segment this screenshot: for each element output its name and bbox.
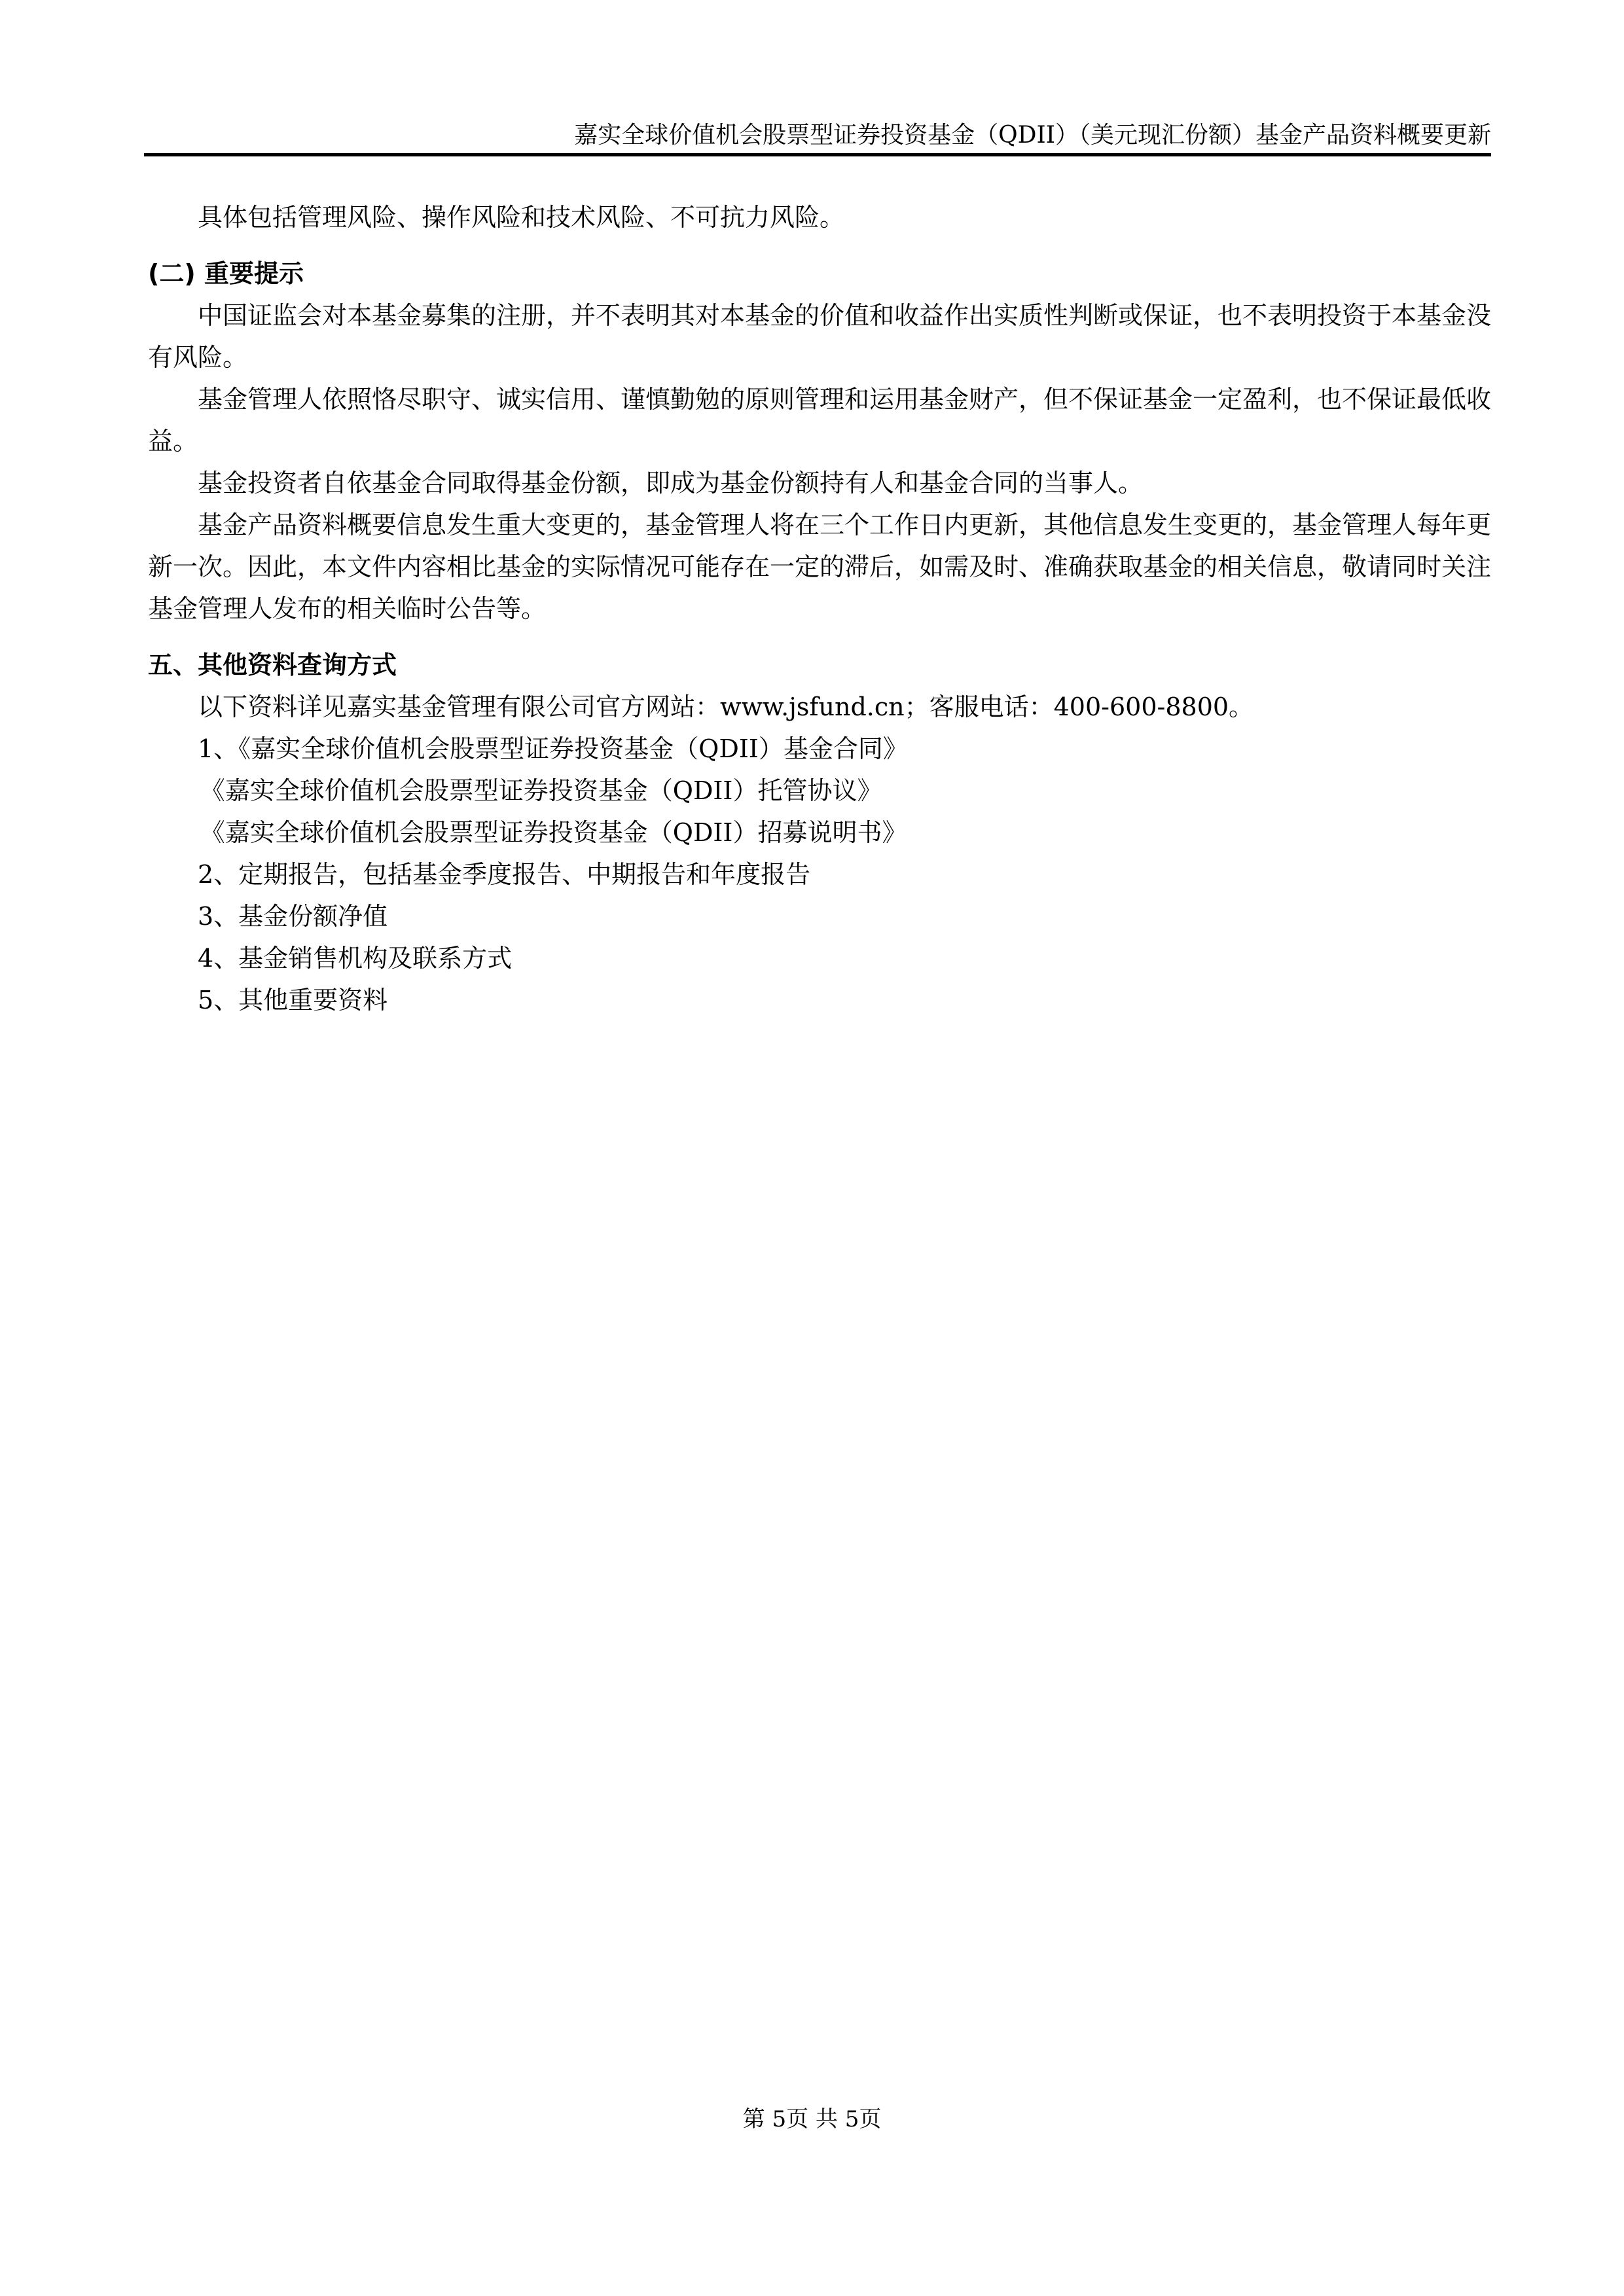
section-other-info: 五、其他资料查询方式 以下资料详见嘉实基金管理有限公司官方网站：www.jsfu… — [148, 644, 1491, 1021]
section-heading-other-info: 五、其他资料查询方式 — [148, 644, 1491, 686]
document-title: 嘉实全球价值机会股票型证券投资基金（QDII）（美元现汇份额）基金产品资料概要更… — [574, 117, 1491, 150]
paragraph: 基金投资者自依基金合同取得基金份额，即成为基金份额持有人和基金合同的当事人。 — [148, 462, 1491, 504]
contact-info-text: 以下资料详见嘉实基金管理有限公司官方网站：www.jsfund.cn；客服电话：… — [148, 686, 1491, 728]
risk-continuation-text: 具体包括管理风险、操作风险和技术风险、不可抗力风险。 — [148, 196, 1491, 238]
paragraph: 基金管理人依照恪尽职守、诚实信用、谨慎勤勉的原则管理和运用基金财产，但不保证基金… — [148, 378, 1491, 462]
paragraph: 基金产品资料概要信息发生重大变更的，基金管理人将在三个工作日内更新，其他信息发生… — [148, 504, 1491, 630]
list-item: 2、定期报告，包括基金季度报告、中期报告和年度报告 — [148, 853, 1491, 895]
page-number: 第 5页 共 5页 — [0, 2101, 1624, 2133]
list-item: 《嘉实全球价值机会股票型证券投资基金（QDII）托管协议》 — [148, 770, 1491, 812]
list-item: 3、基金份额净值 — [148, 895, 1491, 937]
section-important-notice: (二) 重要提示 中国证监会对本基金募集的注册，并不表明其对本基金的价值和收益作… — [148, 253, 1491, 630]
page-header: 嘉实全球价值机会股票型证券投资基金（QDII）（美元现汇份额）基金产品资料概要更… — [144, 110, 1491, 156]
list-item: 1、《嘉实全球价值机会股票型证券投资基金（QDII）基金合同》 — [148, 728, 1491, 770]
list-item: 4、基金销售机构及联系方式 — [148, 937, 1491, 979]
paragraph: 中国证监会对本基金募集的注册，并不表明其对本基金的价值和收益作出实质性判断或保证… — [148, 295, 1491, 378]
section-heading-important: (二) 重要提示 — [148, 253, 1491, 295]
list-item: 5、其他重要资料 — [148, 979, 1491, 1021]
document-body: 具体包括管理风险、操作风险和技术风险、不可抗力风险。 (二) 重要提示 中国证监… — [148, 196, 1491, 1021]
list-item: 《嘉实全球价值机会股票型证券投资基金（QDII）招募说明书》 — [148, 812, 1491, 853]
